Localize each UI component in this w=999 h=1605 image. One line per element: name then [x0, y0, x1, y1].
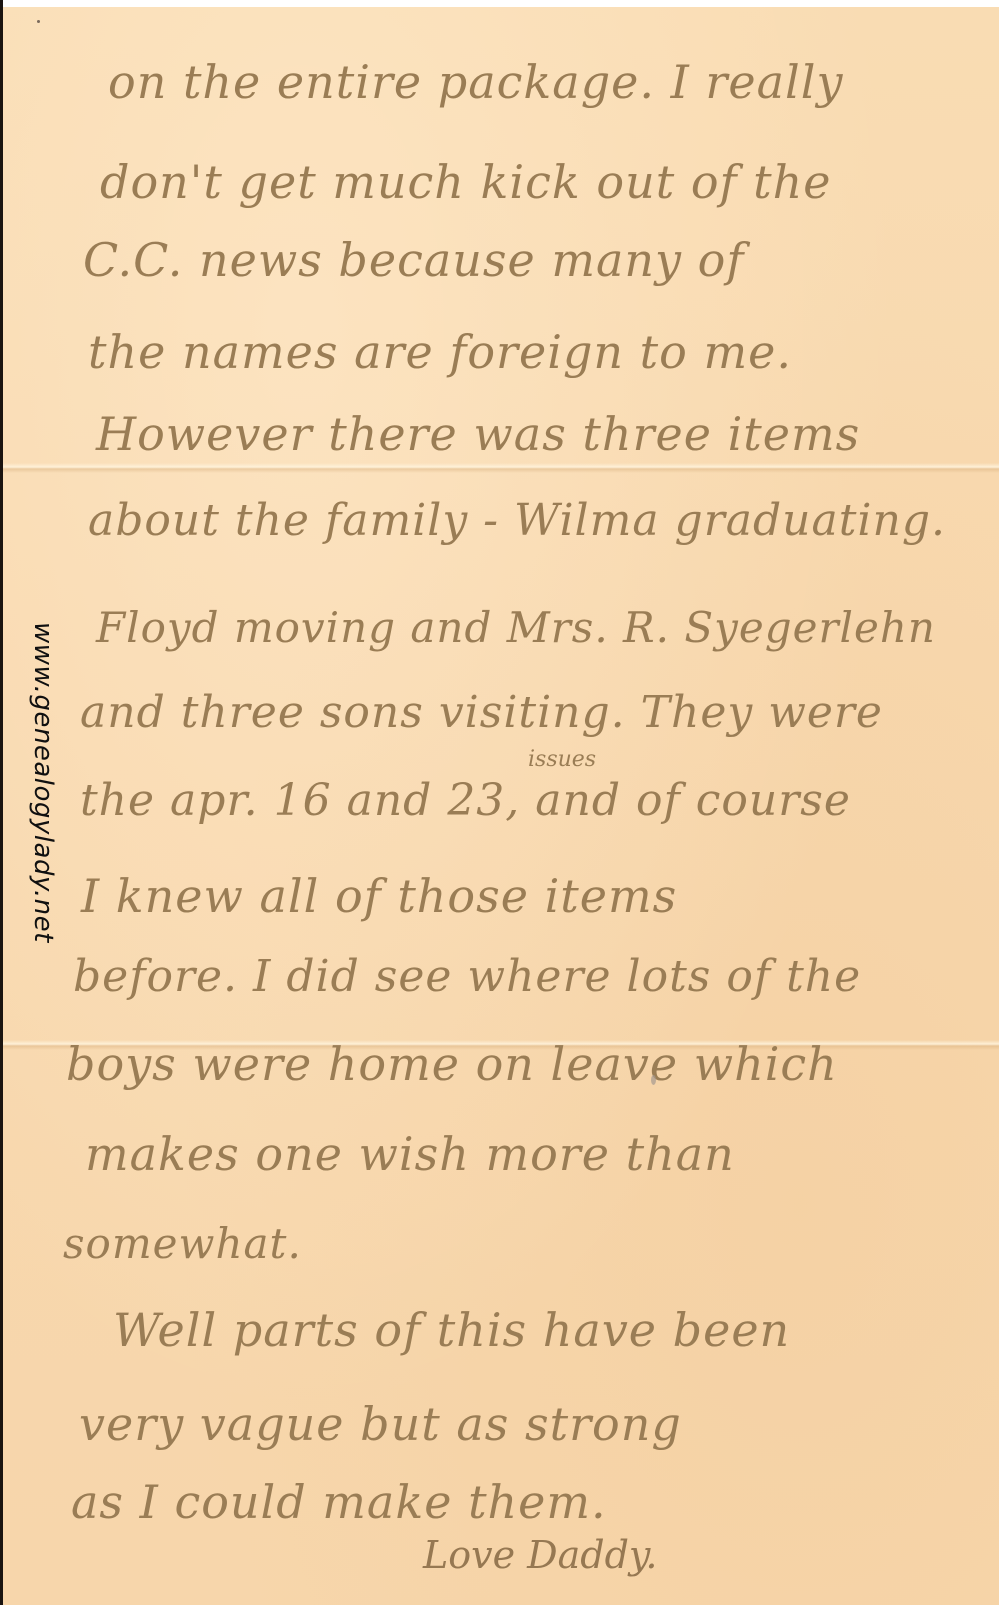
letter-line-15: Well parts of this have been: [113, 1303, 790, 1357]
letter-line-6: about the family - Wilma graduating.: [88, 495, 946, 546]
watermark-text: www.genealogylady.net: [18, 622, 58, 972]
scanned-page: on the entire package. I really don't ge…: [0, 0, 999, 1605]
letter-line-17: as I could make them.: [71, 1475, 607, 1529]
letter-line-4: the names are foreign to me.: [88, 325, 792, 379]
letter-line-16: very vague but as strong: [79, 1397, 682, 1451]
letter-line-14: somewhat.: [63, 1219, 302, 1268]
letter-line-12: boys were home on leave which: [66, 1037, 838, 1091]
paper-speck: [37, 20, 40, 23]
letter-line-1: on the entire package. I really: [108, 55, 843, 109]
letter-line-8: and three sons visiting. They were: [80, 687, 883, 738]
signature: Love Daddy.: [423, 1533, 657, 1577]
letter-line-5: However there was three items: [96, 407, 860, 461]
ink-blot: [651, 1075, 656, 1085]
letter-line-11: before. I did see where lots of the: [73, 951, 861, 1002]
letter-line-3: C.C. news because many of: [83, 233, 744, 287]
fold-crease: [3, 463, 999, 473]
insertion-issues: issues: [528, 747, 596, 772]
letter-paper: on the entire package. I really don't ge…: [3, 7, 999, 1605]
letter-line-10: I knew all of those items: [81, 869, 677, 923]
letter-line-13: makes one wish more than: [85, 1127, 735, 1181]
letter-line-7: Floyd moving and Mrs. R. Syegerlehn: [96, 603, 936, 652]
letter-line-2: don't get much kick out of the: [100, 155, 832, 209]
letter-line-9: the apr. 16 and 23, and of course: [80, 775, 851, 826]
